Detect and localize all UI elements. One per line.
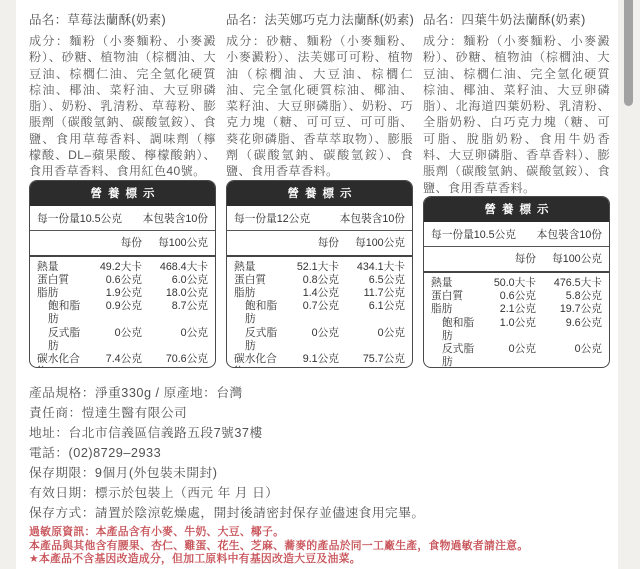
column-header-per-serving: 每份 (478, 251, 536, 266)
nutrient-per-serving-value: 7.4公克 (84, 353, 142, 368)
nutrient-per-serving-value: 0.9公克 (84, 300, 142, 326)
product-detail-line: 保存期限：9個月(外包裝未開封) (29, 463, 610, 483)
product-column: 品名：四葉牛奶法蘭酥(奶素) 成分：麵粉（小麥麵粉、小麥澱粉）、砂糖、植物油（棕… (423, 10, 610, 368)
nutrient-per-serving-value: 9.1公克 (281, 353, 339, 368)
nutrition-row: 飽和脂肪 0.9公克 8.7公克 (37, 300, 208, 326)
nutrient-per-serving-value: 0.7公克 (281, 300, 339, 326)
column-header-row: 每份 每100公克 (227, 231, 412, 257)
nutrition-row: 熱量 52.1大卡 434.1大卡 (234, 261, 405, 274)
serving-info-row: 每一份量12公克 本包裝含10份 (227, 206, 412, 231)
product-column: 品名：法芙娜巧克力法蘭酥(奶素) 成分：砂糖、麵粉（小麥麵粉、小麥澱粉）、法芙娜… (226, 10, 413, 368)
nutrient-per-serving-value: 49.2大卡 (84, 261, 142, 274)
nutrient-per-serving-value: 1.0公克 (478, 317, 536, 343)
nutrition-row: 熱量 49.2大卡 468.4大卡 (37, 261, 208, 274)
nutrition-rows: 熱量 50.0大卡 476.5大卡 蛋白質 0.6公克 5.8公克 脂肪 2.1… (424, 273, 609, 368)
nutrient-label: 飽和脂肪 (234, 300, 281, 326)
nutrition-row: 反式脂肪 0公克 0公克 (234, 327, 405, 353)
nutrient-label: 反式脂肪 (234, 327, 281, 353)
nutrition-row: 蛋白質 0.6公克 6.0公克 (37, 274, 208, 287)
nutrient-per-100g-value: 0公克 (536, 343, 602, 368)
column-header-row: 每份 每100公克 (30, 231, 215, 257)
nutrition-row: 飽和脂肪 0.7公克 6.1公克 (234, 300, 405, 326)
nutrient-label: 反式脂肪 (37, 327, 84, 353)
nutrition-row: 反式脂肪 0公克 0公克 (431, 343, 602, 368)
product-detail-line: 產品規格：淨重330g / 原產地：台灣 (29, 383, 610, 403)
nutrition-table: 營養標示 每一份量10.5公克 本包裝含10份 每份 每100公克 熱量 49.… (29, 180, 216, 368)
nutrient-per-100g-value: 476.5大卡 (536, 277, 602, 290)
nutrient-per-100g-value: 6.5公克 (339, 274, 405, 287)
nutrient-per-serving-value: 1.4公克 (281, 287, 339, 300)
nutrient-per-serving-value: 0.8公克 (281, 274, 339, 287)
nutrient-per-serving-value: 0.6公克 (478, 290, 536, 303)
nutrition-table-title: 營養標示 (227, 181, 412, 206)
product-column: 品名：草莓法蘭酥(奶素) 成分：麵粉（小麥麵粉、小麥澱粉）、砂糖、植物油（棕櫚油… (29, 10, 216, 368)
serving-size: 每一份量10.5公克 (431, 227, 516, 242)
nutrient-per-serving-value: 50.0大卡 (478, 277, 536, 290)
nutrient-per-100g-value: 18.0公克 (142, 287, 208, 300)
nutrition-table-title: 營養標示 (424, 197, 609, 222)
nutrient-per-100g-value: 11.7公克 (339, 287, 405, 300)
nutrient-per-100g-value: 8.7公克 (142, 300, 208, 326)
nutrient-label: 飽和脂肪 (37, 300, 84, 326)
product-detail-line: 地址：台北市信義區信義路五段7號37樓 (29, 423, 610, 443)
nutrition-rows: 熱量 52.1大卡 434.1大卡 蛋白質 0.8公克 6.5公克 脂肪 1.4… (227, 257, 412, 368)
nutrition-table: 營養標示 每一份量10.5公克 本包裝含10份 每份 每100公克 熱量 50.… (423, 196, 610, 368)
nutrition-row: 蛋白質 0.6公克 5.8公克 (431, 290, 602, 303)
column-header-per-100g: 每100公克 (142, 235, 208, 250)
product-name: 品名：四葉牛奶法蘭酥(奶素) (423, 10, 610, 28)
nutrient-per-100g-value: 468.4大卡 (142, 261, 208, 274)
nutrient-per-100g-value: 75.7公克 (339, 353, 405, 368)
nutrient-label: 碳水化合物 (234, 353, 281, 368)
column-header-spacer (234, 235, 281, 250)
product-detail-line: 有效日期：標示於包裝上（西元 年 月 日） (29, 483, 610, 503)
nutrition-rows: 熱量 49.2大卡 468.4大卡 蛋白質 0.6公克 6.0公克 脂肪 1.9… (30, 257, 215, 368)
product-ingredients: 成分：砂糖、麵粉（小麥麵粉、小麥澱粉）、法芙娜可可粉、植物油（棕櫚油、大豆油、棕… (226, 33, 413, 180)
column-header-per-100g: 每100公克 (536, 251, 602, 266)
nutrition-row: 反式脂肪 0公克 0公克 (37, 327, 208, 353)
scrollbar-thumb[interactable] (624, 0, 633, 106)
product-detail-line: 電話：(02)8729–2933 (29, 443, 610, 463)
nutrient-label: 蛋白質 (37, 274, 84, 287)
product-detail-line: 保存方式：請置於陰涼乾燥處，開封後請密封保存並儘速食用完畢。 (29, 503, 610, 523)
nutrient-label: 蛋白質 (431, 290, 478, 303)
nutrition-table: 營養標示 每一份量12公克 本包裝含10份 每份 每100公克 熱量 52.1大… (226, 180, 413, 368)
column-header-per-serving: 每份 (84, 235, 142, 250)
nutrient-label: 脂肪 (234, 287, 281, 300)
column-header-spacer (431, 251, 478, 266)
servings-per-pack: 本包裝含10份 (340, 211, 405, 226)
nutrition-row: 飽和脂肪 1.0公克 9.6公克 (431, 317, 602, 343)
allergen-warnings: 過敏原資訊：本產品含有小麥、牛奶、大豆、椰子。 本產品與其他含有腰果、杏仁、雞蛋… (29, 526, 610, 567)
nutrient-per-100g-value: 5.8公克 (536, 290, 602, 303)
column-header-per-serving: 每份 (281, 235, 339, 250)
allergen-warning-line: 本產品與其他含有腰果、杏仁、雞蛋、花生、芝麻、蕎麥的產品於同一工廠生產，食物過敏… (29, 540, 610, 554)
serving-info-row: 每一份量10.5公克 本包裝含10份 (30, 206, 215, 231)
allergen-warning-line: 過敏原資訊：本產品含有小麥、牛奶、大豆、椰子。 (29, 526, 610, 540)
column-header-row: 每份 每100公克 (424, 247, 609, 273)
nutrient-label: 蛋白質 (234, 274, 281, 287)
column-header-per-100g: 每100公克 (339, 235, 405, 250)
nutrition-row: 脂肪 1.9公克 18.0公克 (37, 287, 208, 300)
nutrient-per-serving-value: 2.1公克 (478, 303, 536, 316)
product-ingredients: 成分：麵粉（小麥麵粉、小麥澱粉）、砂糖、植物油（棕櫚油、大豆油、棕櫚仁油、完全氫… (423, 33, 610, 196)
nutrient-per-serving-value: 52.1大卡 (281, 261, 339, 274)
nutrient-per-100g-value: 6.1公克 (339, 300, 405, 326)
product-detail-line: 責任商：愷達生醫有限公司 (29, 403, 610, 423)
nutrient-label: 熱量 (234, 261, 281, 274)
nutrient-label: 熱量 (431, 277, 478, 290)
product-name: 品名：法芙娜巧克力法蘭酥(奶素) (226, 10, 413, 28)
nutrient-per-serving-value: 1.9公克 (84, 287, 142, 300)
product-name: 品名：草莓法蘭酥(奶素) (29, 10, 216, 28)
nutrition-row: 碳水化合物 9.1公克 75.7公克 (234, 353, 405, 368)
nutrient-per-100g-value: 6.0公克 (142, 274, 208, 287)
serving-size: 每一份量10.5公克 (37, 211, 122, 226)
column-header-spacer (37, 235, 84, 250)
nutrient-label: 反式脂肪 (431, 343, 478, 368)
nutrient-per-serving-value: 0公克 (478, 343, 536, 368)
nutrient-label: 飽和脂肪 (431, 317, 478, 343)
servings-per-pack: 本包裝含10份 (143, 211, 208, 226)
serving-size: 每一份量12公克 (234, 211, 310, 226)
product-ingredients: 成分：麵粉（小麥麵粉、小麥澱粉）、砂糖、植物油（棕櫚油、大豆油、棕櫚仁油、完全氫… (29, 33, 216, 180)
nutrient-per-100g-value: 0公克 (142, 327, 208, 353)
nutrient-label: 脂肪 (37, 287, 84, 300)
allergen-warning-line: ★本產品不含基因改造成分，但加工原料中有基因改造大豆及油菜。 (29, 553, 610, 567)
products-row: 品名：草莓法蘭酥(奶素) 成分：麵粉（小麥麵粉、小麥澱粉）、砂糖、植物油（棕櫚油… (29, 10, 610, 368)
nutrient-label: 脂肪 (431, 303, 478, 316)
nutrient-per-serving-value: 0公克 (281, 327, 339, 353)
nutrition-row: 脂肪 1.4公克 11.7公克 (234, 287, 405, 300)
servings-per-pack: 本包裝含10份 (537, 227, 602, 242)
nutrient-per-100g-value: 0公克 (339, 327, 405, 353)
nutrient-per-100g-value: 9.6公克 (536, 317, 602, 343)
nutrition-table-title: 營養標示 (30, 181, 215, 206)
scrollbar-track[interactable] (618, 0, 640, 569)
nutrition-row: 熱量 50.0大卡 476.5大卡 (431, 277, 602, 290)
nutrient-per-100g-value: 434.1大卡 (339, 261, 405, 274)
nutrition-row: 蛋白質 0.8公克 6.5公克 (234, 274, 405, 287)
product-label-page: 品名：草莓法蘭酥(奶素) 成分：麵粉（小麥麵粉、小麥澱粉）、砂糖、植物油（棕櫚油… (16, 0, 618, 569)
nutrient-per-100g-value: 19.7公克 (536, 303, 602, 316)
nutrient-per-serving-value: 0公克 (84, 327, 142, 353)
product-details: 產品規格：淨重330g / 原產地：台灣 責任商：愷達生醫有限公司 地址：台北市… (29, 383, 610, 523)
serving-info-row: 每一份量10.5公克 本包裝含10份 (424, 222, 609, 247)
nutrient-per-serving-value: 0.6公克 (84, 274, 142, 287)
nutrition-row: 碳水化合物 7.4公克 70.6公克 (37, 353, 208, 368)
nutrient-label: 熱量 (37, 261, 84, 274)
nutrition-row: 脂肪 2.1公克 19.7公克 (431, 303, 602, 316)
nutrient-per-100g-value: 70.6公克 (142, 353, 208, 368)
nutrient-label: 碳水化合物 (37, 353, 84, 368)
